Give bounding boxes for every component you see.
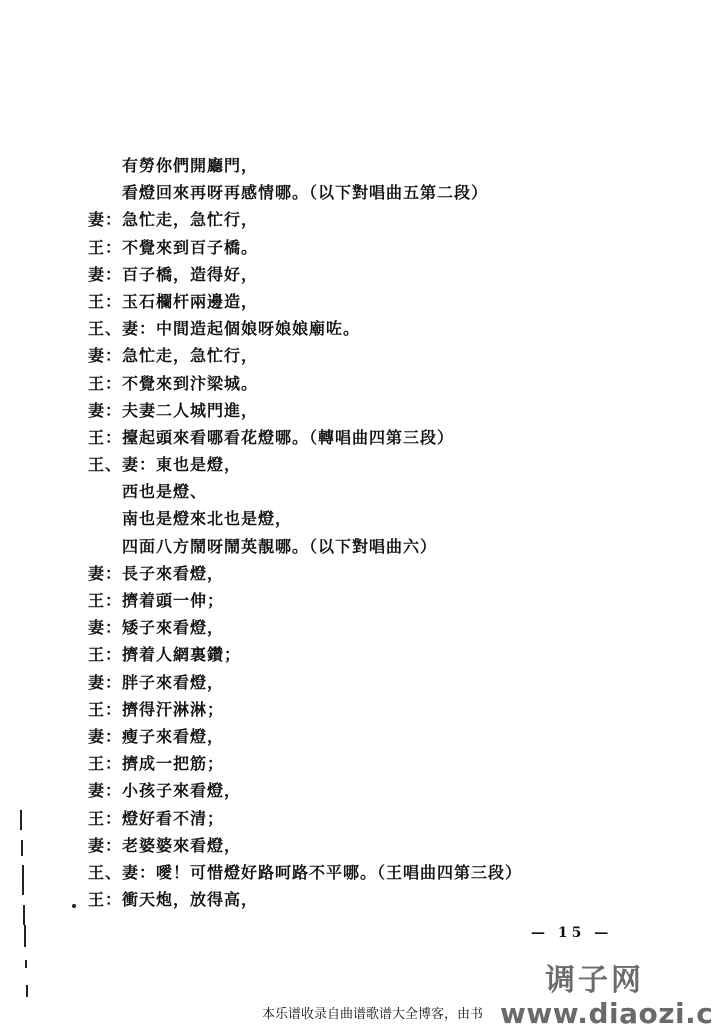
lyric-text: 噯！可惜燈好路呵路不平哪。 — [156, 863, 377, 882]
speaker-label: 王、妻： — [88, 451, 156, 478]
script-line: 妻：瘦子來看燈， — [88, 723, 522, 750]
script-lines: 有勞你們開廳門，看燈回來再呀再感情哪。（以下對唱曲五第二段）妻：急忙走，急忙行，… — [88, 152, 522, 913]
script-line: 南也是燈來北也是燈， — [88, 505, 522, 532]
script-line: 西也是燈、 — [88, 478, 522, 505]
speaker-label: 王： — [88, 424, 122, 451]
lyric-text: 擡起頭來看哪看花燈哪。 — [122, 428, 309, 447]
lyric-text: 瘦子來看燈， — [122, 727, 224, 746]
lyric-text: 有勞你們開廳門， — [122, 156, 258, 175]
script-line: 妻：老婆婆來看燈， — [88, 832, 522, 859]
speaker-label: 妻： — [88, 261, 122, 288]
speaker-label: 妻： — [88, 777, 122, 804]
page-number: — 15 — — [531, 925, 612, 941]
lyric-text: 南也是燈來北也是燈， — [122, 509, 292, 528]
script-line: 王：擠成一把筋； — [88, 750, 522, 777]
speaker-label: 王： — [88, 234, 122, 261]
lyric-text: 看燈回來再呀再感情哪。 — [122, 183, 309, 202]
speaker-label: 王： — [88, 288, 122, 315]
stage-note: （轉唱曲四第三段） — [309, 428, 454, 447]
script-line: 王、妻：噯！可惜燈好路呵路不平哪。（王唱曲四第三段） — [88, 859, 522, 886]
lyric-text: 東也是燈， — [156, 455, 241, 474]
lyric-text: 小孩子來看燈， — [122, 781, 241, 800]
lyric-text: 急忙走，急忙行， — [122, 210, 258, 229]
script-line: 王：擠得汗淋淋； — [88, 696, 522, 723]
lyric-text: 長子來看燈， — [122, 564, 224, 583]
source-caption: 本乐谱收录自曲谱歌谱大全博客，由书 — [262, 1003, 483, 1022]
scan-speck — [72, 904, 76, 908]
speaker-label: 王： — [88, 886, 122, 913]
lyric-text: 百子橋，造得好， — [122, 265, 258, 284]
lyric-text: 擠成一把筋； — [122, 754, 224, 773]
lyric-text: 四面八方鬧呀鬧英靚哪。 — [122, 537, 309, 556]
lyric-text: 擠得汗淋淋； — [122, 700, 224, 719]
speaker-label: 王： — [88, 750, 122, 777]
script-line: 有勞你們開廳門， — [88, 152, 522, 179]
script-line: 王、妻：東也是燈， — [88, 451, 522, 478]
script-line: 妻：夫妻二人城門進， — [88, 397, 522, 424]
speaker-label: 王、妻： — [88, 859, 156, 886]
speaker-label: 王： — [88, 370, 122, 397]
speaker-label: 王： — [88, 587, 122, 614]
script-line: 王：不覺來到汴梁城。 — [88, 370, 522, 397]
lyric-text: 夫妻二人城門進， — [122, 401, 258, 420]
lyric-text: 不覺來到汴梁城。 — [122, 374, 258, 393]
script-line: 看燈回來再呀再感情哪。（以下對唱曲五第二段） — [88, 179, 522, 206]
script-line: 王、妻：中間造起個娘呀娘娘廟咗。 — [88, 315, 522, 342]
lyric-text: 矮子來看燈， — [122, 618, 224, 637]
script-line: 妻：百子橋，造得好， — [88, 261, 522, 288]
lyric-text: 不覺來到百子橋。 — [122, 238, 258, 257]
script-line: 王：燈好看不清； — [88, 805, 522, 832]
speaker-label: 妻： — [88, 614, 122, 641]
script-line: 妻：急忙走，急忙行， — [88, 342, 522, 369]
script-line: 王：不覺來到百子橋。 — [88, 234, 522, 261]
lyric-text: 西也是燈、 — [122, 482, 207, 501]
speaker-label: 王： — [88, 696, 122, 723]
lyric-text: 老婆婆來看燈， — [122, 836, 241, 855]
speaker-label: 妻： — [88, 669, 122, 696]
document-page: 有勞你們開廳門，看燈回來再呀再感情哪。（以下對唱曲五第二段）妻：急忙走，急忙行，… — [0, 0, 712, 1033]
script-line: 妻：小孩子來看燈， — [88, 777, 522, 804]
speaker-label: 妻： — [88, 206, 122, 233]
speaker-label: 妻： — [88, 397, 122, 424]
lyric-text: 急忙走，急忙行， — [122, 346, 258, 365]
script-line: 妻：矮子來看燈， — [88, 614, 522, 641]
lyric-text: 燈好看不清； — [122, 809, 224, 828]
script-line: 妻：長子來看燈， — [88, 560, 522, 587]
lyric-text: 中間造起個娘呀娘娘廟咗。 — [156, 319, 360, 338]
script-line: 王：衝天炮，放得高， — [88, 886, 522, 913]
script-line: 妻：急忙走，急忙行， — [88, 206, 522, 233]
stage-note: （以下對唱曲六） — [309, 537, 437, 556]
speaker-label: 妻： — [88, 342, 122, 369]
script-line: 四面八方鬧呀鬧英靚哪。（以下對唱曲六） — [88, 533, 522, 560]
speaker-label: 王： — [88, 805, 122, 832]
lyric-text: 胖子來看燈， — [122, 673, 224, 692]
speaker-label: 王： — [88, 641, 122, 668]
speaker-label: 妻： — [88, 560, 122, 587]
script-line: 王：玉石欄杆兩邊造， — [88, 288, 522, 315]
script-line: 妻：胖子來看燈， — [88, 669, 522, 696]
script-line: 王：擠着人網裏鑽； — [88, 641, 522, 668]
watermark-title: 调子网 — [545, 955, 644, 999]
stage-note: （以下對唱曲五第二段） — [309, 183, 488, 202]
lyric-text: 擠着人網裏鑽； — [122, 645, 241, 664]
script-line: 王：擡起頭來看哪看花燈哪。（轉唱曲四第三段） — [88, 424, 522, 451]
script-line: 王：擠着頭一伸； — [88, 587, 522, 614]
lyric-text: 玉石欄杆兩邊造， — [122, 292, 258, 311]
lyric-text: 擠着頭一伸； — [122, 591, 224, 610]
lyric-text: 衝天炮，放得高， — [122, 890, 258, 909]
stage-note: （王唱曲四第三段） — [377, 863, 522, 882]
speaker-label: 妻： — [88, 832, 122, 859]
speaker-label: 妻： — [88, 723, 122, 750]
watermark-url[interactable]: www.diaozi.com — [500, 997, 712, 1030]
speaker-label: 王、妻： — [88, 315, 156, 342]
